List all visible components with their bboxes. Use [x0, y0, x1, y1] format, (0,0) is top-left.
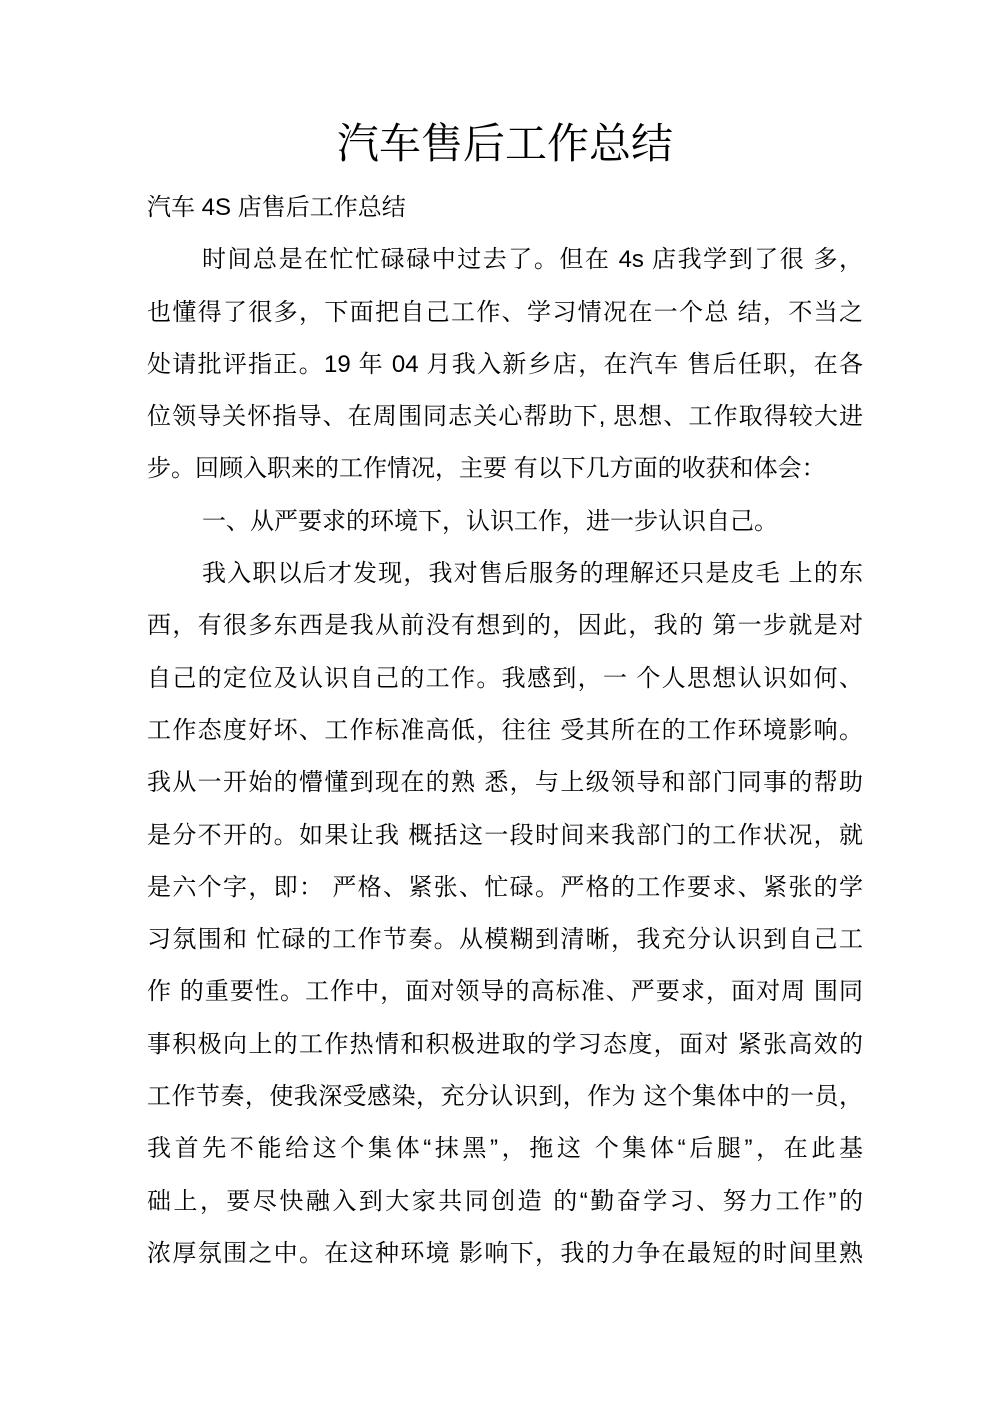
document-line: 是分不开的。如果让我 概括这一段时间来我部门的工作状况，就: [147, 810, 863, 862]
document-title: 汽车售后工作总结: [147, 110, 863, 178]
document-line: 西，有很多东西是我从前没有想到的，因此，我的 第一步就是对: [147, 600, 863, 652]
document-line: 自己的定位及认识自己的工作。我感到，一 个人思想认识如何、: [147, 653, 863, 705]
document-line: 作 的重要性。工作中，面对领导的高标准、严要求，面对周 围同: [147, 966, 863, 1018]
document-line: 是六个字，即： 严格、紧张、忙碌。严格的工作要求、紧张的学: [147, 862, 863, 914]
document-line: 习氛围和 忙碌的工作节奏。从模糊到清晰，我充分认识到自己工: [147, 914, 863, 966]
document-line: 汽车 4S 店售后工作总结: [147, 182, 863, 234]
document-line: 工作节奏，使我深受感染，充分认识到，作为 这个集体中的一员，: [147, 1071, 863, 1123]
document-line: 处请批评指正。19 年 04 月我入新乡店，在汽车 售后任职，在各: [147, 339, 863, 391]
document-line: 我从一开始的懵懂到现在的熟 悉，与上级领导和部门同事的帮助: [147, 757, 863, 809]
document-page: 汽车售后工作总结 汽车 4S 店售后工作总结时间总是在忙忙碌碌中过去了。但在 4…: [0, 0, 1000, 1415]
document-line: 础上，要尽快融入到大家共同创造 的“勤奋学习、努力工作”的: [147, 1176, 863, 1228]
document-line: 位领导关怀指导、在周围同志关心帮助下, 思想、工作取得较大进: [147, 391, 863, 443]
document-line: 也懂得了很多，下面把自己工作、学习情况在一个总 结，不当之: [147, 287, 863, 339]
document-line: 时间总是在忙忙碌碌中过去了。但在 4s 店我学到了很 多，: [147, 234, 863, 286]
document-line: 工作态度好坏、工作标准高低，往往 受其所在的工作环境影响。: [147, 705, 863, 757]
document-line: 事积极向上的工作热情和积极进取的学习态度，面对 紧张高效的: [147, 1019, 863, 1071]
document-line: 我入职以后才发现，我对售后服务的理解还只是皮毛 上的东: [147, 548, 863, 600]
document-body: 汽车 4S 店售后工作总结时间总是在忙忙碌碌中过去了。但在 4s 店我学到了很 …: [147, 182, 863, 1280]
document-line: 浓厚氛围之中。在这种环境 影响下，我的力争在最短的时间里熟: [147, 1228, 863, 1280]
document-line: 步。回顾入职来的工作情况，主要 有以下几方面的收获和体会：: [147, 443, 863, 495]
document-line: 我首先不能给这个集体“抹黑”，拖这 个集体“后腿”，在此基: [147, 1123, 863, 1175]
document-line: 一、从严要求的环境下，认识工作，进一步认识自己。: [147, 496, 863, 548]
